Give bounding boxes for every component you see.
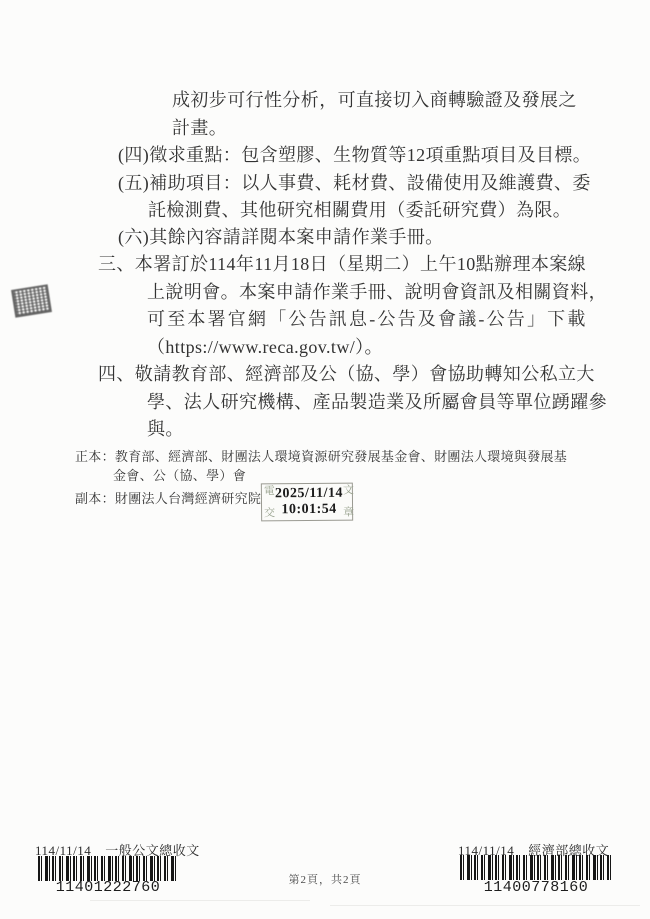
scan-artifact-line	[90, 900, 310, 901]
received-seal-stamp	[11, 284, 52, 317]
body-line-item-4: (四)徵求重點：包含塑膠、生物質等12項重點項目及目標。	[118, 141, 591, 167]
body-line-item-6: (六)其餘內容請詳閱本案申請作業手冊。	[118, 223, 444, 249]
body-line-url: （https://www.reca.gov.tw/）。	[147, 333, 383, 359]
body-line: 成初步可行性分析，可直接切入商轉驗證及發展之	[172, 86, 577, 112]
stamp-char-dian: 電	[264, 486, 275, 497]
electronic-exchange-stamp: 電 交 2025/11/14 10:01:54 文 章	[261, 483, 353, 522]
page-indicator: 第2頁，共2頁	[245, 871, 405, 887]
stamp-char-wen: 文	[343, 486, 354, 497]
stamp-char-zhang: 章	[343, 508, 354, 519]
stamp-datetime: 2025/11/14 10:01:54	[275, 484, 343, 521]
right-receipt-number: 11400778160	[460, 879, 612, 896]
body-line-item-4-section: 四、敬請教育部、經濟部及公（協、學）會協助轉知公私立大	[98, 360, 595, 386]
body-line: 可至本署官網「公告訊息-公告及會議-公告」下載	[147, 305, 588, 331]
stamp-time: 10:01:54	[281, 502, 336, 519]
body-line: 學、法人研究機構、產品製造業及所屬會員等單位踴躍參	[147, 388, 607, 414]
original-recipients-line1: 正本：教育部、經濟部、財團法人環境資源研究發展基金會、財團法人環境與發展基	[75, 446, 567, 465]
body-line: 託檢測費、其他研究相關費用（委託研究費）為限。	[148, 196, 571, 222]
right-receipt-barcode	[460, 855, 612, 880]
body-line-item-3: 三、本署訂於114年11月18日（星期二）上午10點辦理本案線	[98, 250, 586, 276]
body-line: 計畫。	[172, 114, 227, 140]
stamp-left-chars: 電 交	[262, 484, 275, 520]
body-line-item-5: (五)補助項目：以人事費、耗材費、設備使用及維護費、委	[118, 169, 591, 195]
scan-artifact-line	[330, 905, 640, 906]
stamp-right-chars: 文 章	[343, 484, 356, 520]
body-line: 與。	[147, 415, 184, 441]
stamp-date: 2025/11/14	[275, 486, 343, 503]
body-line: 上說明會。本案申請作業手冊、說明會資訊及相關資料，	[147, 278, 607, 304]
original-recipients-line2: 金會、公（協、學）會	[113, 465, 246, 484]
stamp-char-jiao: 交	[264, 508, 275, 519]
scanned-document-page: 成初步可行性分析，可直接切入商轉驗證及發展之 計畫。 (四)徵求重點：包含塑膠、…	[0, 0, 650, 919]
copy-recipients-line: 副本：財團法人台灣經濟研究院	[75, 488, 261, 507]
left-receipt-barcode	[38, 856, 178, 881]
left-receipt-number: 11401222760	[38, 879, 178, 896]
